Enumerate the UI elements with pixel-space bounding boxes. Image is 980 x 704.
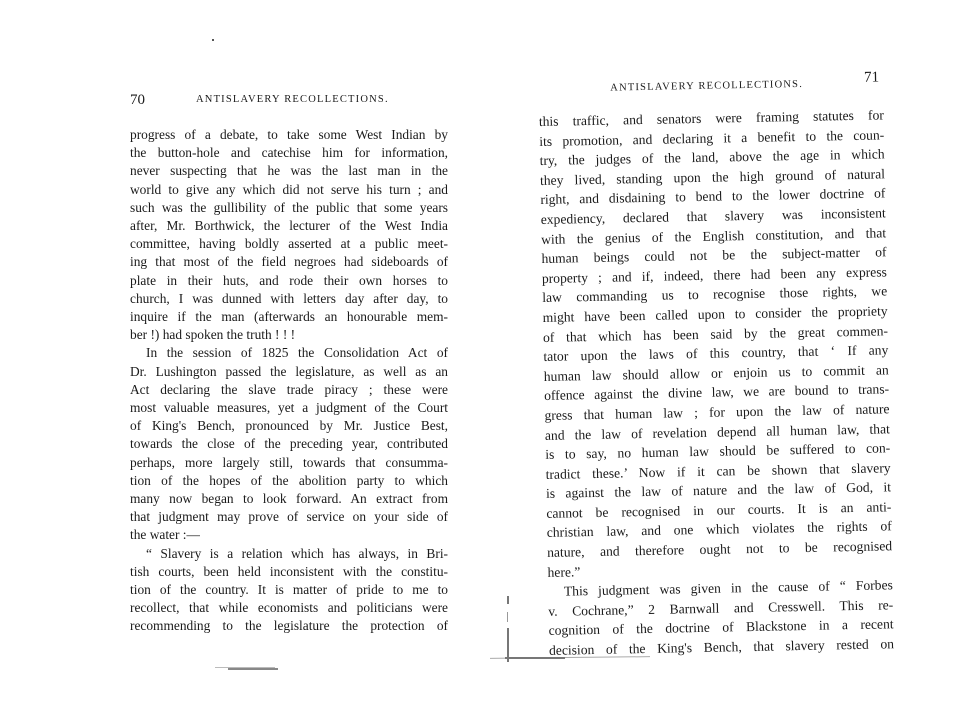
running-head: ANTISLAVERY RECOLLECTIONS. [610, 79, 803, 94]
text-line: progress of a debate, to take some West … [130, 126, 448, 144]
page-number: 71 [864, 69, 879, 86]
right-page-header: ANTISLAVERY RECOLLECTIONS. 71 [538, 69, 883, 98]
scan-artifact-line [505, 657, 565, 659]
text-line: Act declaring the slave trade piracy ; t… [130, 381, 448, 399]
gutter-shadow [507, 596, 509, 604]
text-line: recollect, that while economists and pol… [130, 599, 448, 617]
text-line: inquire if the man (afterwards an honour… [130, 308, 448, 326]
text-line: church, I was dunned with letters day af… [130, 290, 448, 308]
text-line: perhaps, more largely still, towards tha… [130, 454, 448, 472]
text-line: that judgment may prove of service on yo… [130, 508, 448, 526]
text-line: “ Slavery is a relation which has always… [130, 545, 448, 563]
left-page-header: 70 ANTISLAVERY RECOLLECTIONS. [130, 92, 448, 114]
text-line: tish courts, been held inconsistent with… [130, 563, 448, 581]
scan-speck [212, 39, 214, 41]
text-line: ber !) had spoken the truth ! ! ! [130, 326, 448, 344]
right-page: ANTISLAVERY RECOLLECTIONS. 71 this traff… [538, 69, 894, 660]
text-line: after, Mr. Borthwick, the lecturer of th… [130, 217, 448, 235]
text-line: towards the close of the preceding year,… [130, 435, 448, 453]
text-line: never suspecting that he was the last ma… [130, 162, 448, 180]
left-page-body: progress of a debate, to take some West … [130, 126, 448, 636]
text-line: world to give any which did not serve hi… [130, 181, 448, 199]
text-line: ing that most of the field negroes had s… [130, 253, 448, 271]
page-number: 70 [130, 92, 145, 109]
text-line: In the session of 1825 the Consolidation… [130, 344, 448, 362]
right-page-body: this traffic, and senators were framing … [539, 105, 894, 660]
text-line: plate in their huts, and rode their own … [130, 272, 448, 290]
left-page: 70 ANTISLAVERY RECOLLECTIONS. progress o… [130, 92, 448, 636]
running-head: ANTISLAVERY RECOLLECTIONS. [196, 94, 389, 105]
scan-artifact-line [228, 668, 278, 670]
gutter-shadow [507, 612, 508, 622]
text-line: of King's Bench, pronounced by Mr. Justi… [130, 417, 448, 435]
text-line: recommending to the legislature the prot… [130, 617, 448, 635]
text-line: many now began to look forward. An extra… [130, 490, 448, 508]
text-line: committee, having boldly asserted at a p… [130, 235, 448, 253]
text-line: tion of the hopes of the abolition party… [130, 472, 448, 490]
text-line: the water :— [130, 526, 448, 544]
text-line: Dr. Lushington passed the legislature, a… [130, 363, 448, 381]
text-line: most valuable measures, yet a judgment o… [130, 399, 448, 417]
text-line: tion of the country. It is matter of pri… [130, 581, 448, 599]
text-line: such was the gullibility of the public t… [130, 199, 448, 217]
text-line: the button-hole and catechise him for in… [130, 144, 448, 162]
